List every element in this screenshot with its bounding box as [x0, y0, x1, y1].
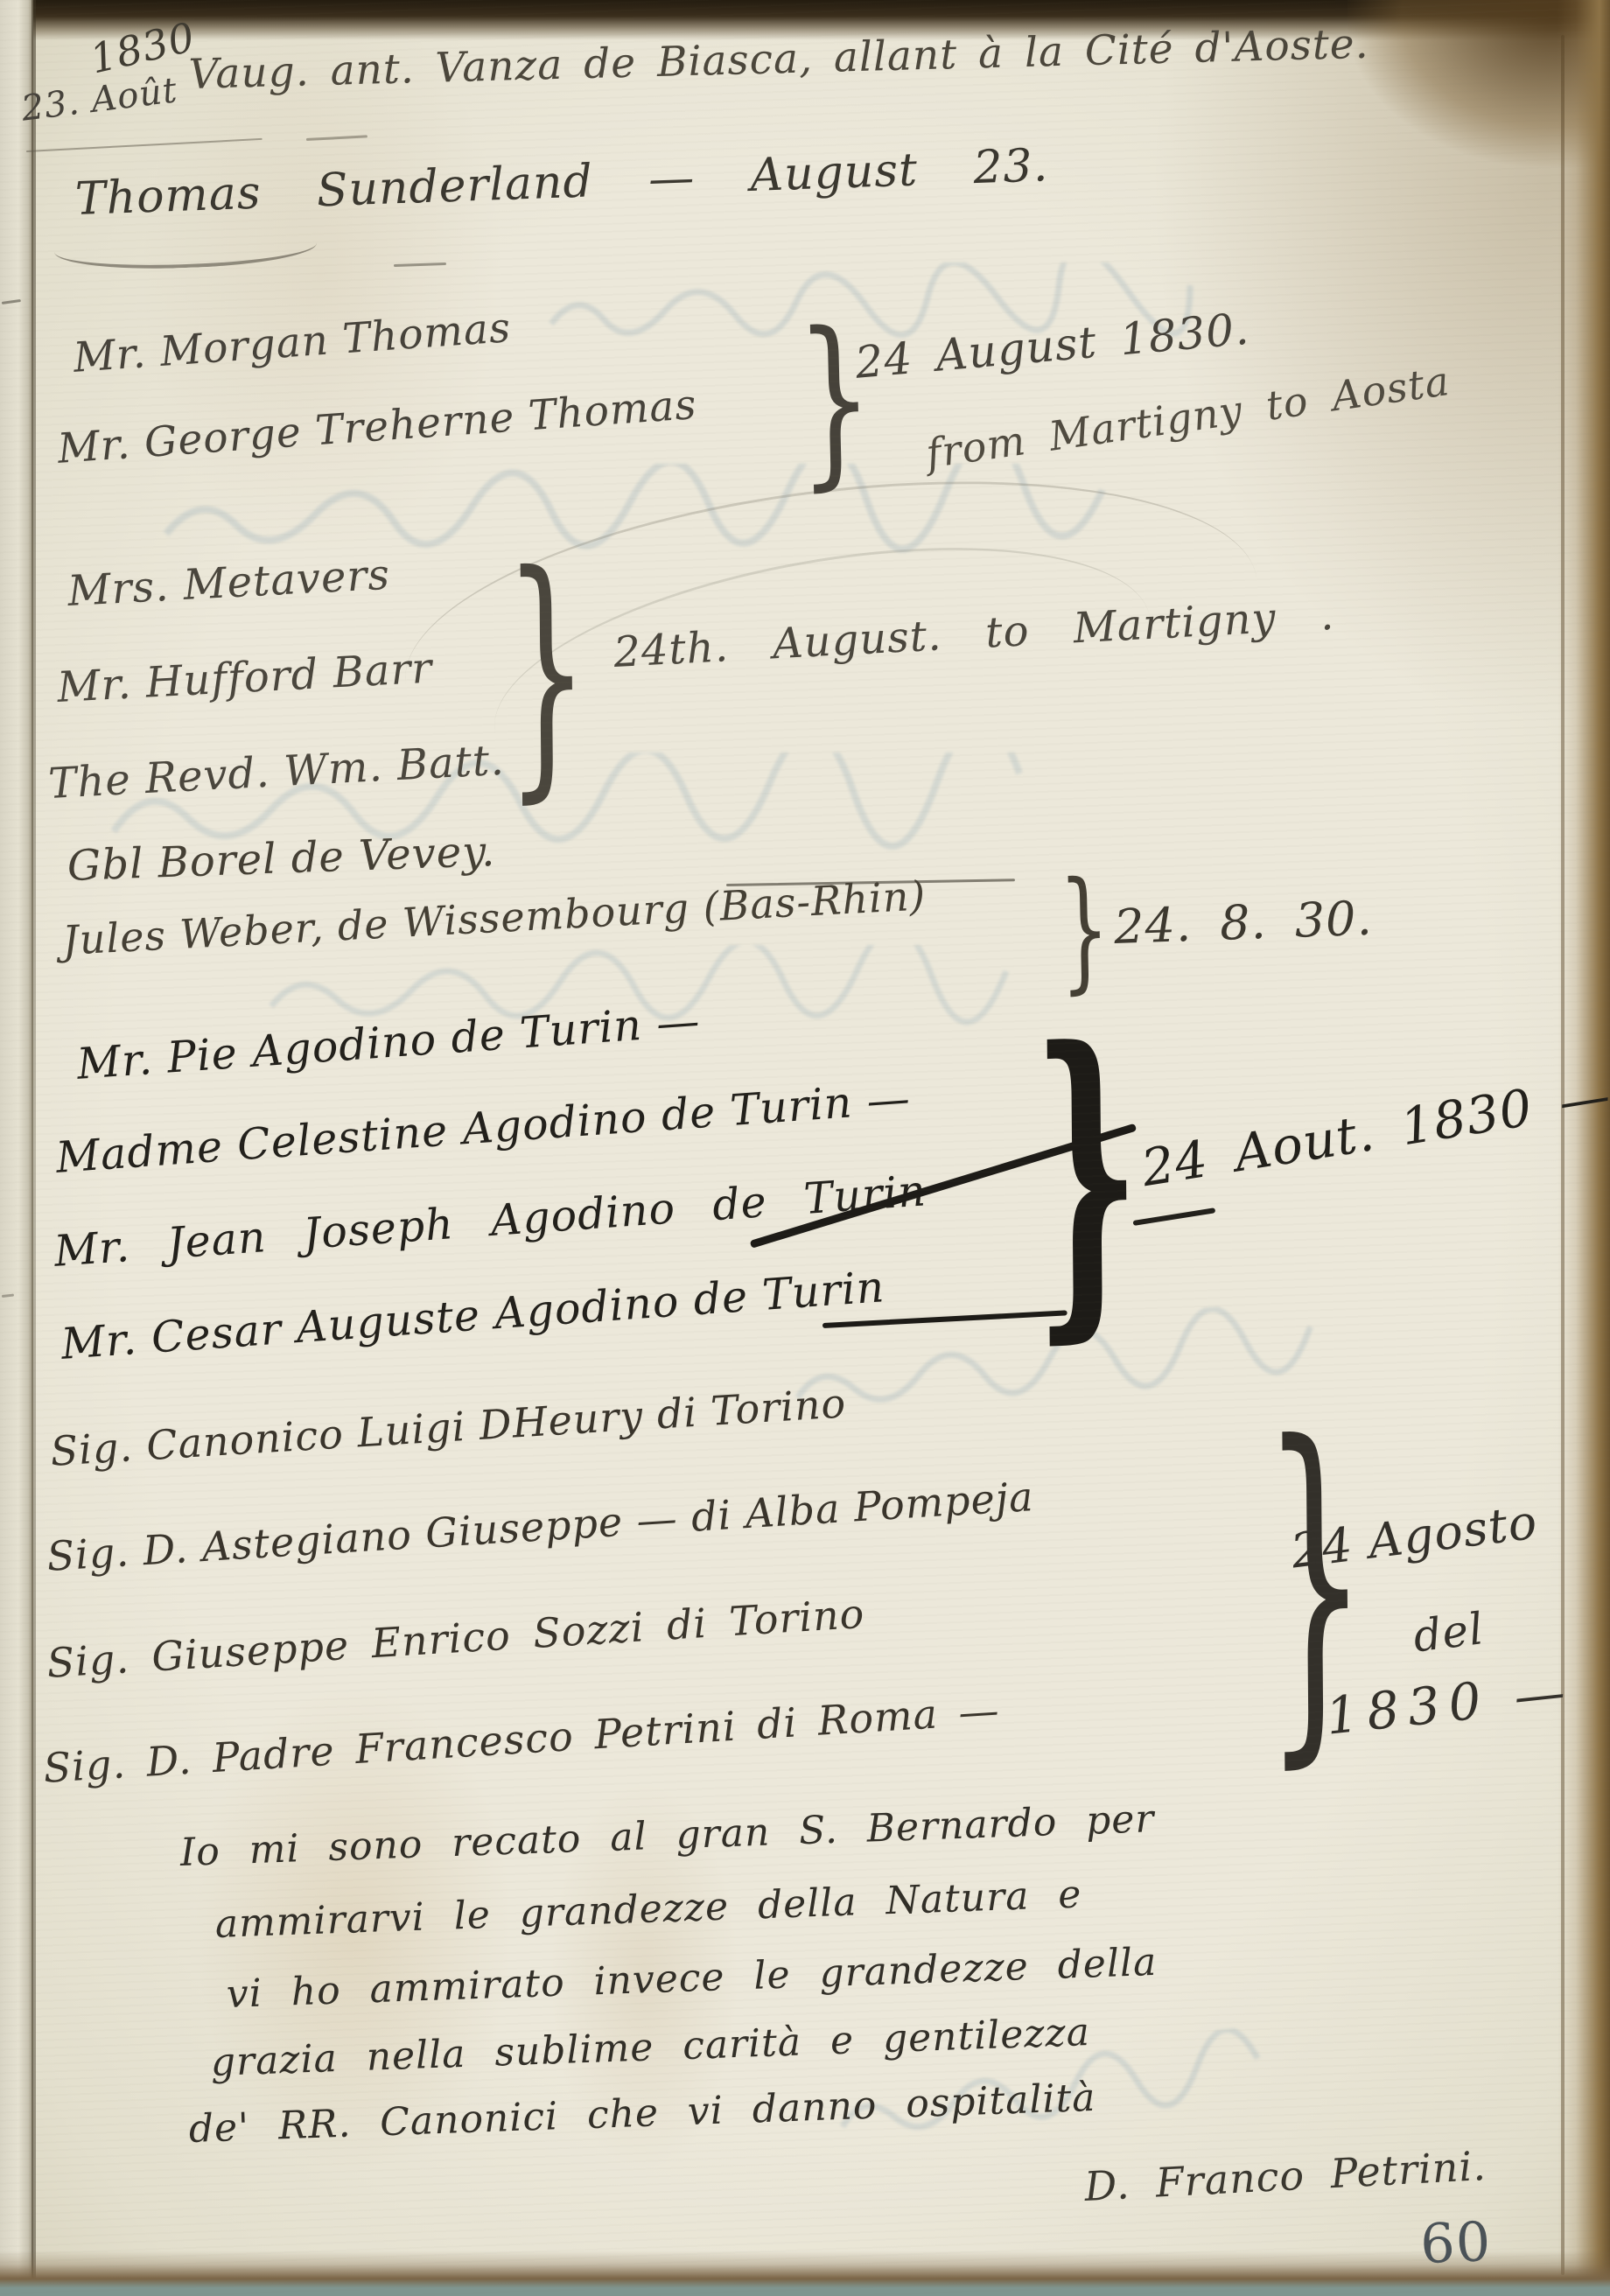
note-line: ammirarvi le grandezze della Natura e [214, 1872, 1082, 1947]
register-page: 1830 23. Août Vaug. ant. Vanza de Biasca… [0, 0, 1610, 2296]
note-line: grazia nella sublime carità e gentilezza [210, 2010, 1091, 2085]
entry-agodino-name: Mr. Cesar Auguste Agodino de Turin [59, 1262, 886, 1369]
signature-swash [53, 221, 317, 272]
entry-agodino-name: Mr. Pie Agodino de Turin — [75, 996, 702, 1089]
entry-vanza-line: Vaug. ant. Vanza de Biasca, allant à la … [188, 20, 1369, 99]
left-page-strip [0, 0, 33, 2296]
entry-borel-date: 24. 8. 30. [1113, 891, 1374, 955]
entry-italian-name: Sig. Canonico Luigi DHeury di Torino [49, 1379, 848, 1475]
margin-underline-flourish [306, 135, 367, 141]
entry-thomas-date: 24 August 1830. [853, 304, 1251, 388]
right-deckle-edge [1557, 0, 1610, 2296]
entry-agodino-name: Madme Celestine Agodino de Turin — [54, 1074, 913, 1183]
grouping-brace: } [504, 539, 590, 804]
date-underline [1133, 1207, 1216, 1226]
grouping-brace: } [794, 306, 875, 494]
entry-thomas-name: Mr. George Treherne Thomas [56, 381, 698, 473]
note-signature: D. Franco Petrini. [1083, 2142, 1487, 2210]
margin-day: 23. Août [19, 70, 179, 129]
note-line: de' RR. Canonici che vi danno ospitalità [188, 2075, 1096, 2152]
bottom-torn-edge [0, 2250, 1610, 2296]
entry-metavers-name: The Revd. Wm. Batt. [47, 736, 506, 808]
grouping-brace: } [1032, 1006, 1141, 1342]
entry-thomas-name: Mr. Morgan Thomas [72, 304, 513, 382]
top-right-binding-blob [1347, 0, 1610, 166]
entry-borel-name: Gbl Borel de Vevey. [66, 827, 496, 891]
page-number: 60 [1419, 2209, 1492, 2276]
margin-underline-flourish [26, 138, 262, 152]
entry-metavers-date-route: 24th. August. to Martigny . [612, 591, 1335, 677]
left-margin-mark [2, 1294, 14, 1298]
right-page-crease [1561, 35, 1564, 2275]
entry-italian-name: Sig. Giuseppe Enrico Sozzi di Torino [45, 1590, 866, 1687]
entry-agodino-date: 24 Aout. 1830 — [1137, 1065, 1610, 1198]
note-line: Io mi sono recato al gran S. Bernardo pe… [179, 1796, 1155, 1875]
entry-agodino-name: Mr. Jean Joseph Agodino de Turin [52, 1165, 927, 1277]
entry-sunderland-line: Thomas Sunderland — August 23. [74, 139, 1049, 226]
entry-metavers-name: Mr. Hufford Barr [56, 644, 434, 712]
flourish-dash [394, 262, 446, 267]
entry-italian-name: Sig. D. Astegiano Giuseppe — di Alba Pom… [45, 1473, 1035, 1580]
entry-italian-name: Sig. D. Padre Francesco Petrini di Roma … [42, 1686, 1001, 1792]
margin-year: 1830 [86, 13, 199, 83]
note-line: vi ho ammirato invece le grandezze della [226, 1940, 1158, 2017]
left-page-crease [31, 0, 36, 2296]
left-margin-mark [2, 299, 21, 304]
entry-italian-date-line: del [1410, 1603, 1487, 1662]
entry-metavers-name: Mrs. Metavers [66, 550, 391, 616]
